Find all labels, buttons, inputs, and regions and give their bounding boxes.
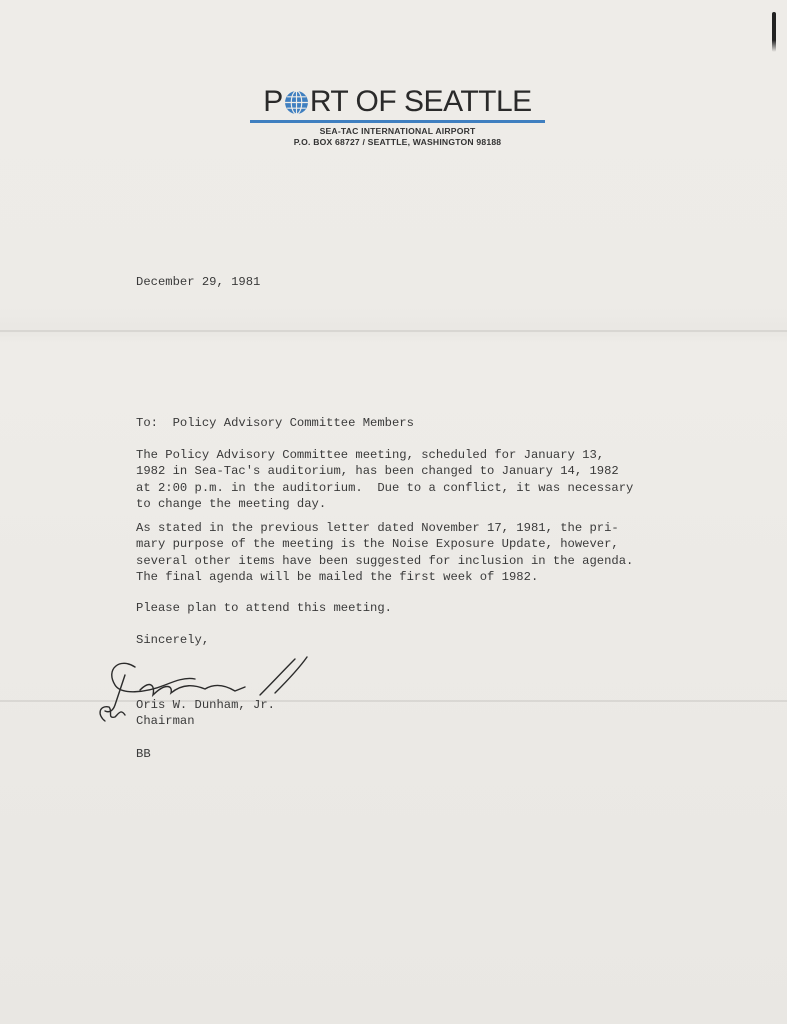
title-left: P bbox=[263, 86, 283, 118]
globe-icon bbox=[284, 90, 309, 115]
letterhead-subtitle: SEA-TAC INTERNATIONAL AIRPORT bbox=[250, 126, 545, 137]
letterhead-title: P RT OF SEATTLE bbox=[250, 86, 545, 118]
margin-mark bbox=[772, 12, 776, 52]
signer-title: Chairman bbox=[136, 713, 195, 729]
letterhead: P RT OF SEATTLE SEA-TAC INTERNATIONAL AI… bbox=[250, 86, 545, 148]
handwritten-signature bbox=[95, 655, 325, 725]
letter-paragraph: As stated in the previous letter dated N… bbox=[136, 520, 633, 585]
signer-name: Oris W. Dunham, Jr. bbox=[136, 697, 275, 713]
typist-initials: BB bbox=[136, 746, 151, 762]
letter-recipient: To: Policy Advisory Committee Members bbox=[136, 415, 414, 431]
letterhead-address: P.O. BOX 68727 / SEATTLE, WASHINGTON 981… bbox=[250, 137, 545, 148]
letter-paragraph: The Policy Advisory Committee meeting, s… bbox=[136, 447, 633, 512]
letterhead-rule bbox=[250, 120, 545, 123]
letter-page: P RT OF SEATTLE SEA-TAC INTERNATIONAL AI… bbox=[0, 0, 787, 1024]
letter-date: December 29, 1981 bbox=[136, 274, 260, 290]
title-right: RT OF SEATTLE bbox=[310, 86, 532, 118]
letter-closing: Sincerely, bbox=[136, 632, 209, 648]
paper-fold-line bbox=[0, 330, 787, 332]
letter-paragraph: Please plan to attend this meeting. bbox=[136, 600, 392, 616]
